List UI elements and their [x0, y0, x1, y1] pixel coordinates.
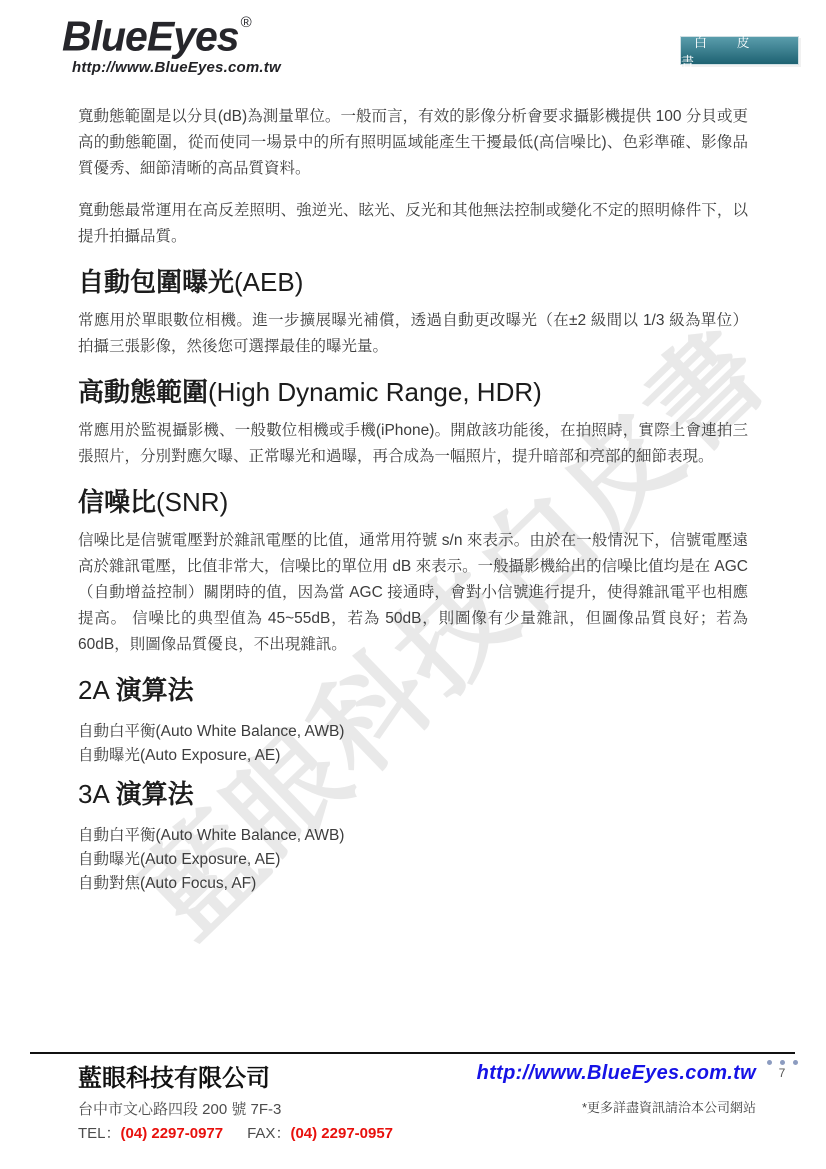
logo-wordmark: BlueEyes — [62, 16, 239, 57]
fax-label: FAX： — [247, 1125, 290, 1142]
contact-line: TEL：(04) 2297-0977FAX：(04) 2297-0957 — [78, 1122, 756, 1146]
whitepaper-badge: 白 皮 書 — [680, 36, 799, 65]
list-item: 自動白平衡(Auto White Balance, AWB) — [78, 824, 748, 848]
section-heading-aeb: 自動包圍曝光(AEB) — [78, 266, 748, 298]
algorithm-list-2a: 自動白平衡(Auto White Balance, AWB) 自動曝光(Auto… — [78, 720, 748, 768]
blueeyes-logo: BlueEyes ® http://www.BlueEyes.com.tw — [62, 16, 281, 76]
page-footer: 藍眼科技有限公司 台中市文心路四段 200 號 7F-3 TEL：(04) 22… — [0, 1052, 826, 1146]
registered-trademark-icon: ® — [241, 16, 252, 30]
document-body: 寬動態範圍是以分貝(dB)為測量單位。一般而言，有效的影像分析會要求攝影機提供 … — [0, 82, 826, 896]
section-heading-hdr: 高動態範圍(High Dynamic Range, HDR) — [78, 376, 748, 408]
tel-label: TEL： — [78, 1125, 121, 1142]
tel-number: (04) 2297-0977 — [121, 1125, 224, 1142]
section-heading-2a: 2A 演算法 — [78, 674, 748, 706]
intro-paragraph-2: 寬動態最常運用在高反差照明、強逆光、眩光、反光和其他無法控制或變化不定的照明條件… — [78, 198, 748, 250]
list-item: 自動曝光(Auto Exposure, AE) — [78, 848, 748, 872]
page-header: BlueEyes ® http://www.BlueEyes.com.tw 白 … — [0, 0, 826, 82]
intro-paragraph-1: 寬動態範圍是以分貝(dB)為測量單位。一般而言，有效的影像分析會要求攝影機提供 … — [78, 104, 748, 182]
logo-url: http://www.BlueEyes.com.tw — [62, 59, 281, 76]
list-item: 自動白平衡(Auto White Balance, AWB) — [78, 720, 748, 744]
section-paragraph-aeb: 常應用於單眼數位相機。進一步擴展曝光補償，透過自動更改曝光（在±2 級間以 1/… — [78, 308, 748, 360]
footer-note: *更多詳盡資訊請洽本公司網站 — [477, 1097, 756, 1116]
section-paragraph-hdr: 常應用於監視攝影機、一般數位相機或手機(iPhone)。開啟該功能後，在拍照時，… — [78, 418, 748, 470]
list-item: 自動對焦(Auto Focus, AF) — [78, 872, 748, 896]
footer-website-link[interactable]: http://www.BlueEyes.com.tw — [477, 1062, 756, 1084]
section-paragraph-snr: 信噪比是信號電壓對於雜訊電壓的比值，通常用符號 s/n 來表示。由於在一般情況下… — [78, 528, 748, 658]
algorithm-list-3a: 自動白平衡(Auto White Balance, AWB) 自動曝光(Auto… — [78, 824, 748, 896]
section-heading-snr: 信噪比(SNR) — [78, 486, 748, 518]
section-heading-3a: 3A 演算法 — [78, 778, 748, 810]
list-item: 自動曝光(Auto Exposure, AE) — [78, 744, 748, 768]
fax-number: (04) 2297-0957 — [290, 1125, 393, 1142]
